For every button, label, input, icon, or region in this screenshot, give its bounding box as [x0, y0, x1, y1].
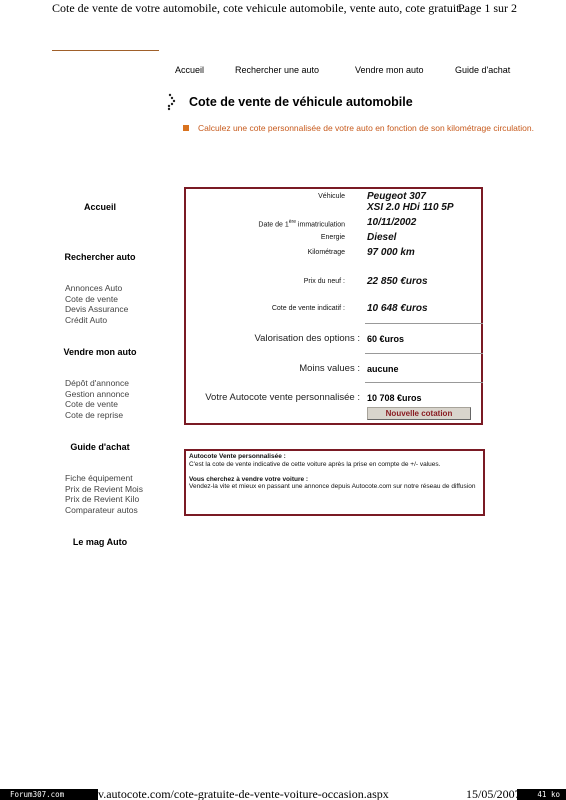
- print-header-page-number: Page 1 sur 2: [458, 1, 517, 16]
- info-box: Autocote Vente personnalisée : C'est la …: [184, 449, 485, 516]
- sidebar-heading-guide[interactable]: Guide d'achat: [50, 442, 150, 452]
- new-price-label: Prix du neuf :: [304, 278, 345, 285]
- vehicle-label: Véhicule: [318, 193, 345, 200]
- page-title: Cote de vente de véhicule automobile: [189, 95, 413, 109]
- sidebar-links-rechercher: Annonces Auto Cote de vente Devis Assura…: [65, 283, 128, 326]
- info-heading-custom: Autocote Vente personnalisée :: [189, 453, 480, 461]
- footer-date: 15/05/2007: [466, 787, 521, 800]
- sidebar-links-guide: Fiche équipement Prix de Revient Mois Pr…: [65, 473, 143, 516]
- energy-label: Energie: [321, 234, 345, 241]
- footer-file-size: 41 ko: [517, 789, 566, 800]
- reg-date-value: 10/11/2002: [367, 217, 416, 228]
- energy-value: Diesel: [367, 232, 396, 243]
- vehicle-version: XSI 2.0 HDi 110 5P: [367, 202, 454, 213]
- options-value: 60 €uros: [367, 334, 404, 344]
- indicative-price-value: 10 648 €uros: [367, 303, 428, 314]
- info-text-sell: Vendez-la vite et mieux en passant une a…: [189, 483, 480, 491]
- custom-quote-value: 10 708 €uros: [367, 393, 422, 403]
- topnav-accueil[interactable]: Accueil: [175, 65, 204, 75]
- separator: [365, 382, 483, 383]
- title-bullet-icon: [166, 93, 180, 111]
- reg-date-label: Date de 1ère immatriculation: [258, 219, 345, 228]
- topnav-vendre[interactable]: Vendre mon auto: [355, 65, 424, 75]
- square-bullet-icon: [183, 125, 189, 131]
- sidebar-heading-accueil[interactable]: Accueil: [50, 202, 150, 212]
- sidebar-link[interactable]: Cote de vente: [65, 399, 129, 410]
- sidebar-links-vendre: Dépôt d'annonce Gestion annonce Cote de …: [65, 378, 129, 421]
- minus-values-value: aucune: [367, 364, 399, 374]
- topnav-guide[interactable]: Guide d'achat: [455, 65, 510, 75]
- custom-quote-label: Votre Autocote vente personnalisée :: [205, 392, 360, 403]
- new-price-value: 22 850 €uros: [367, 276, 428, 287]
- sidebar-link[interactable]: Comparateur autos: [65, 505, 143, 516]
- footer-url: v.autocote.com/cote-gratuite-de-vente-vo…: [98, 787, 389, 800]
- sidebar-link[interactable]: Prix de Revient Mois: [65, 484, 143, 495]
- footer-watermark: Forum307.com: [0, 789, 98, 800]
- separator: [365, 353, 483, 354]
- sidebar-heading-vendre[interactable]: Vendre mon auto: [50, 347, 150, 357]
- indicative-price-label: Cote de vente indicatif :: [272, 305, 345, 312]
- info-text-custom: C'est la cote de vente indicative de cet…: [189, 461, 480, 469]
- sidebar-link[interactable]: Crédit Auto: [65, 315, 128, 326]
- sidebar-link[interactable]: Prix de Revient Kilo: [65, 494, 143, 505]
- vehicle-model: Peugeot 307: [367, 191, 426, 202]
- sidebar-link[interactable]: Cote de reprise: [65, 410, 129, 421]
- sidebar-link[interactable]: Fiche équipement: [65, 473, 143, 484]
- sidebar-link[interactable]: Dépôt d'annonce: [65, 378, 129, 389]
- new-quote-button[interactable]: Nouvelle cotation: [367, 407, 471, 420]
- sidebar-heading-rechercher[interactable]: Rechercher auto: [50, 252, 150, 262]
- intro-text: Calculez une cote personnalisée de votre…: [183, 122, 566, 134]
- print-header-title: Cote de vente de votre automobile, cote …: [52, 1, 469, 16]
- sidebar-link[interactable]: Cote de vente: [65, 294, 128, 305]
- header-rule: [52, 50, 159, 51]
- separator: [365, 323, 483, 324]
- topnav-rechercher[interactable]: Rechercher une auto: [235, 65, 319, 75]
- sidebar-heading-mag[interactable]: Le mag Auto: [50, 537, 150, 547]
- sidebar-link[interactable]: Gestion annonce: [65, 389, 129, 400]
- options-label: Valorisation des options :: [255, 333, 360, 344]
- mileage-value: 97 000 km: [367, 247, 415, 258]
- mileage-label: Kilométrage: [308, 249, 345, 256]
- sidebar-link[interactable]: Annonces Auto: [65, 283, 128, 294]
- sidebar-link[interactable]: Devis Assurance: [65, 304, 128, 315]
- minus-values-label: Moins values :: [299, 363, 360, 374]
- quote-result-box: Véhicule Peugeot 307 XSI 2.0 HDi 110 5P …: [184, 187, 483, 425]
- info-heading-sell: Vous cherchez à vendre votre voiture :: [189, 476, 480, 484]
